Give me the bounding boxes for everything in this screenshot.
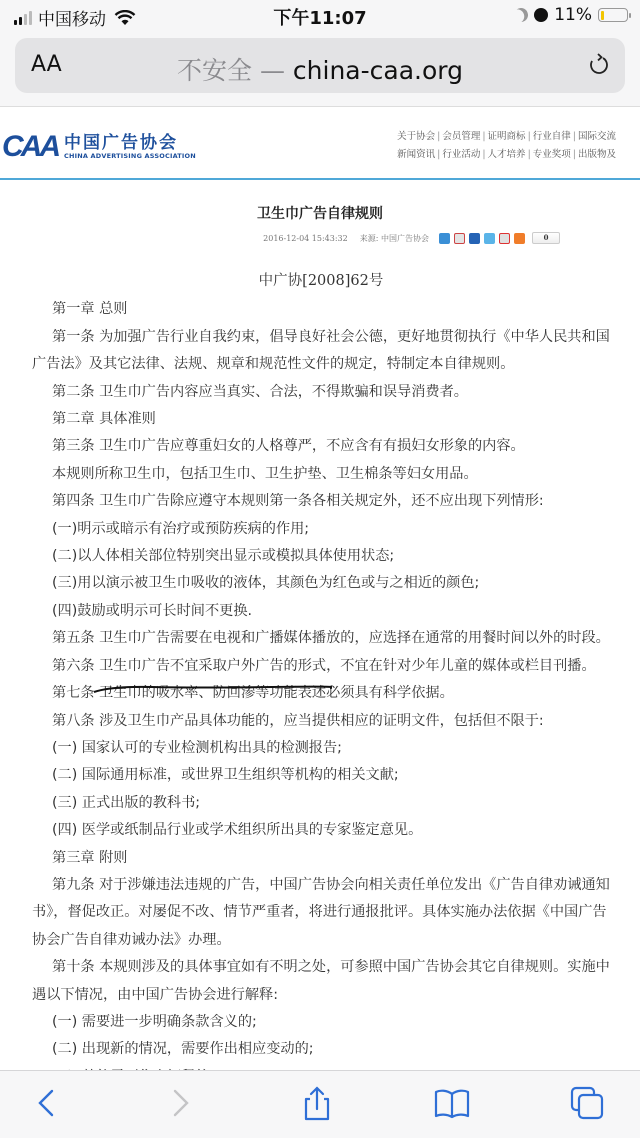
publish-datetime: 2016-12-04 15:43:32 xyxy=(263,234,348,243)
article-paragraph: 第八条 涉及卫生巾产品具体功能的，应当提供相应的证明文件，包括但不限于: xyxy=(32,708,610,735)
battery-percent: 11% xyxy=(554,5,592,25)
list-item: (四)鼓励或明示可长时间不更换. xyxy=(32,598,610,625)
article-title: 卫生巾广告自律规则 xyxy=(0,203,640,223)
logo-chinese-name: 中国广告协会 xyxy=(64,134,196,152)
chapter-heading: 第一章 总则 xyxy=(32,296,610,323)
nav-trademark[interactable]: 证明商标 xyxy=(488,131,526,142)
article-paragraph: 第三条 卫生巾广告应尊重妇女的人格尊严，不应含有有损妇女形象的内容。 xyxy=(32,433,610,460)
handwritten-underline xyxy=(92,684,332,694)
list-item: (一) 需要进一步明确条款含义的; xyxy=(32,1009,610,1036)
list-item: (二) 出现新的情况，需要作出相应变动的; xyxy=(32,1036,610,1063)
article-meta: 2016-12-04 15:43:32 来源: 中国广告协会 0 xyxy=(263,232,560,244)
list-item: (一)明示或暗示有治疗或预防疾病的作用; xyxy=(32,516,610,543)
bookmarks-icon[interactable] xyxy=(434,1085,470,1121)
article-paragraph: 第十条 本规则涉及的具体事宜如有不明之处，可参照中国广告协会其它自律规则。实施中… xyxy=(32,954,610,1009)
nav-row-1: 关于协会|会员管理|证明商标|行业自律|国际交流 xyxy=(397,128,616,146)
share-renren-icon[interactable] xyxy=(469,233,480,244)
list-item: (四) 医学或纸制品行业或学术组织所出具的专家鉴定意见。 xyxy=(32,817,610,844)
logo-english-name: CHINA ADVERTISING ASSOCIATION xyxy=(64,152,196,160)
forward-icon[interactable] xyxy=(163,1085,199,1121)
nav-events[interactable]: 行业活动 xyxy=(442,149,480,160)
share-weibo-icon[interactable] xyxy=(454,233,465,244)
reload-icon[interactable] xyxy=(587,53,611,77)
share-tencent-icon[interactable] xyxy=(484,233,495,244)
article-paragraph: 第一条 为加强广告行业自我约束，倡导良好社会公德，更好地贯彻执行《中华人民共和国… xyxy=(32,324,610,379)
share-qzone-icon[interactable] xyxy=(439,233,450,244)
article-paragraph: 第九条 对于涉嫌违法违规的广告，中国广告协会向相关责任单位发出《广告自律劝诫通知… xyxy=(32,872,610,954)
nav-awards[interactable]: 专业奖项 xyxy=(533,149,571,160)
article-paragraph-highlighted: 第六条 卫生巾广告不宜采取户外广告的形式，不宜在针对少年儿童的媒体或栏目刊播。 xyxy=(32,653,610,680)
battery-icon xyxy=(598,8,628,22)
share-icon[interactable] xyxy=(299,1085,335,1121)
nav-about[interactable]: 关于协会 xyxy=(397,131,435,142)
nav-international[interactable]: 国际交流 xyxy=(578,131,616,142)
browser-toolbar xyxy=(0,1070,640,1138)
article-body: 中广协[2008]62号 第一章 总则 第一条 为加强广告行业自我约束，倡导良好… xyxy=(32,268,610,1091)
address-bar[interactable]: AA 不安全 — china-caa.org xyxy=(15,38,625,93)
chapter-heading: 第三章 附则 xyxy=(32,845,610,872)
article-paragraph: 本规则所称卫生巾，包括卫生巾、卫生护垫、卫生棉条等妇女用品。 xyxy=(32,461,610,488)
share-more-icon[interactable] xyxy=(514,233,525,244)
security-warning: 不安全 — xyxy=(177,56,285,85)
status-bar: 中国移动 下午11:07 11% xyxy=(0,0,640,32)
url-display[interactable]: 不安全 — china-caa.org xyxy=(15,51,625,87)
header-divider xyxy=(0,178,640,180)
nav-row-2: 新闻资讯|行业活动|人才培养|专业奖项|出版物及 xyxy=(397,146,616,164)
chapter-heading: 第二章 具体准则 xyxy=(32,406,610,433)
list-item: (三)用以演示被卫生巾吸收的液体，其颜色为红色或与之相近的颜色; xyxy=(32,570,610,597)
moon-icon xyxy=(512,6,530,24)
article-paragraph: 第二条 卫生巾广告内容应当真实、合法，不得欺骗和误导消费者。 xyxy=(32,379,610,406)
article-paragraph: 第五条 卫生巾广告需要在电视和广播媒体播放的，应选择在通常的用餐时间以外的时段。 xyxy=(32,625,610,652)
nav-talent[interactable]: 人才培养 xyxy=(488,149,526,160)
article-source: 来源: 中国广告协会 xyxy=(360,233,429,244)
article-paragraph: 第四条 卫生巾广告除应遵守本规则第一条各相关规定外，还不应出现下列情形: xyxy=(32,488,610,515)
nav-news[interactable]: 新闻资讯 xyxy=(397,149,435,160)
share-count: 0 xyxy=(532,232,560,244)
logo-mark: CAA xyxy=(2,130,58,164)
doc-number: 中广协[2008]62号 xyxy=(32,268,610,295)
browser-address-area: AA 不安全 — china-caa.org xyxy=(0,32,640,107)
share-kaixin-icon[interactable] xyxy=(499,233,510,244)
list-item: (三) 正式出版的教科书; xyxy=(32,790,610,817)
site-logo[interactable]: CAA 中国广告协会 CHINA ADVERTISING ASSOCIATION xyxy=(2,130,196,164)
list-item: (二)以人体相关部位特别突出显示或模拟具体使用状态; xyxy=(32,543,610,570)
alarm-icon xyxy=(534,8,548,22)
back-icon[interactable] xyxy=(28,1085,64,1121)
domain-text: china-caa.org xyxy=(293,56,463,85)
nav-members[interactable]: 会员管理 xyxy=(442,131,480,142)
nav-self-discipline[interactable]: 行业自律 xyxy=(533,131,571,142)
nav-publications[interactable]: 出版物及 xyxy=(578,149,616,160)
tabs-icon[interactable] xyxy=(569,1085,605,1121)
list-item: (二) 国际通用标准，或世界卫生组织等机构的相关文献; xyxy=(32,762,610,789)
top-navigation: 关于协会|会员管理|证明商标|行业自律|国际交流 新闻资讯|行业活动|人才培养|… xyxy=(397,128,616,164)
list-item: (一) 国家认可的专业检测机构出具的检测报告; xyxy=(32,735,610,762)
